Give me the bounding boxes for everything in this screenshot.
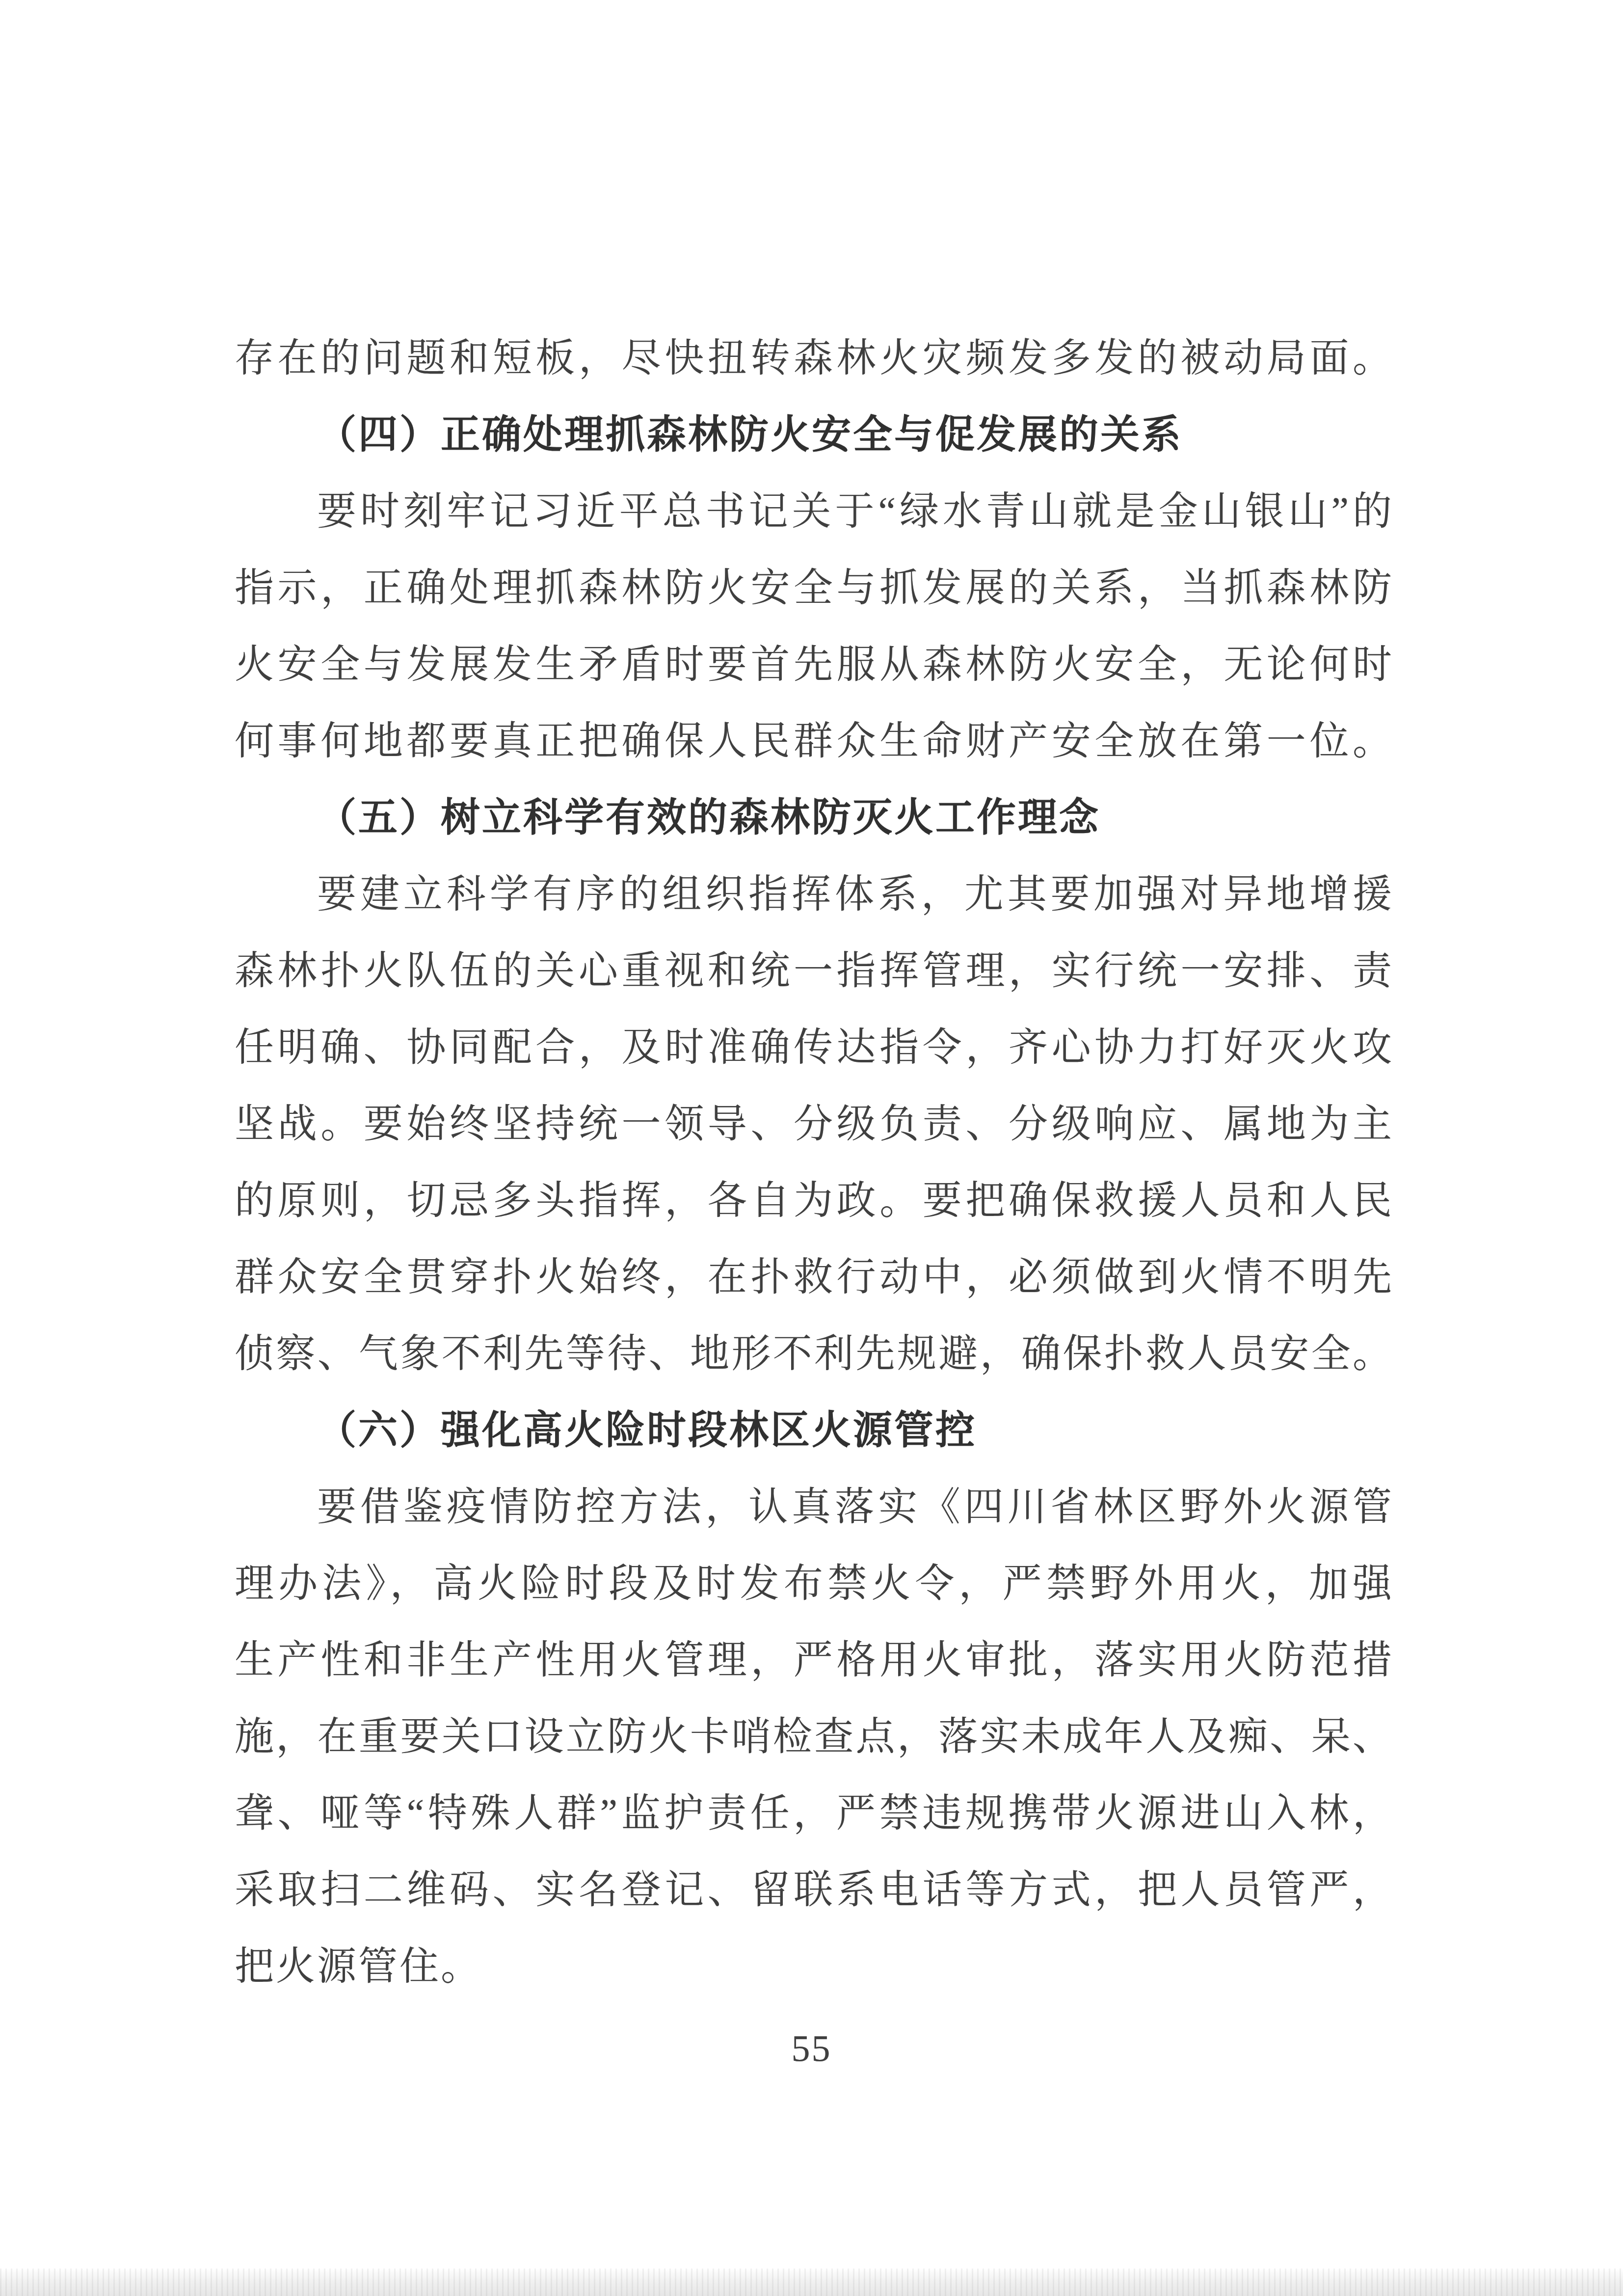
section-heading: （六）强化高火险时段林区火源管控 <box>235 1392 1394 1469</box>
text-line: 要时刻牢记习近平总书记关于“绿水青山就是金山银山”的 <box>235 473 1394 550</box>
text-line: 施，在重要关口设立防火卡哨检查点，落实未成年人及痴、呆、 <box>235 1699 1394 1775</box>
text-line: 侦察、气象不利先等待、地形不利先规避，确保扑救人员安全。 <box>235 1316 1394 1392</box>
document-page: 存在的问题和短板，尽快扭转森林火灾频发多发的被动局面。 （四）正确处理抓森林防火… <box>0 0 1623 2296</box>
text-line: 采取扫二维码、实名登记、留联系电话等方式，把人员管严， <box>235 1852 1394 1928</box>
text-line: 生产性和非生产性用火管理，严格用火审批，落实用火防范措 <box>235 1622 1394 1699</box>
scan-artifact-band <box>0 2269 1623 2296</box>
page-number: 55 <box>0 2017 1623 2080</box>
text-line: 何事何地都要真正把确保人民群众生命财产安全放在第一位。 <box>235 703 1394 780</box>
text-line: 要借鉴疫情防控方法，认真落实《四川省林区野外火源管 <box>235 1469 1394 1545</box>
text-line: 要建立科学有序的组织指挥体系，尤其要加强对异地增援 <box>235 856 1394 933</box>
text-line: 理办法》，高火险时段及时发布禁火令，严禁野外用火，加强 <box>235 1545 1394 1622</box>
text-block: 存在的问题和短板，尽快扭转森林火灾频发多发的被动局面。 （四）正确处理抓森林防火… <box>235 320 1394 2005</box>
text-line: 火安全与发展发生矛盾时要首先服从森林防火安全，无论何时 <box>235 626 1394 703</box>
text-line: 任明确、协同配合，及时准确传达指令，齐心协力打好灭火攻 <box>235 1009 1394 1086</box>
text-line: 存在的问题和短板，尽快扭转森林火灾频发多发的被动局面。 <box>235 320 1394 397</box>
text-line: 坚战。要始终坚持统一领导、分级负责、分级响应、属地为主 <box>235 1086 1394 1162</box>
text-line: 把火源管住。 <box>235 1928 1394 2005</box>
text-line: 的原则，切忌多头指挥，各自为政。要把确保救援人员和人民 <box>235 1162 1394 1239</box>
text-line: 指示，正确处理抓森林防火安全与抓发展的关系，当抓森林防 <box>235 550 1394 626</box>
section-heading: （四）正确处理抓森林防火安全与促发展的关系 <box>235 397 1394 473</box>
section-heading: （五）树立科学有效的森林防灭火工作理念 <box>235 780 1394 856</box>
text-line: 森林扑火队伍的关心重视和统一指挥管理，实行统一安排、责 <box>235 933 1394 1009</box>
text-line: 群众安全贯穿扑火始终，在扑救行动中，必须做到火情不明先 <box>235 1239 1394 1316</box>
text-line: 聋、哑等“特殊人群”监护责任，严禁违规携带火源进山入林， <box>235 1775 1394 1852</box>
